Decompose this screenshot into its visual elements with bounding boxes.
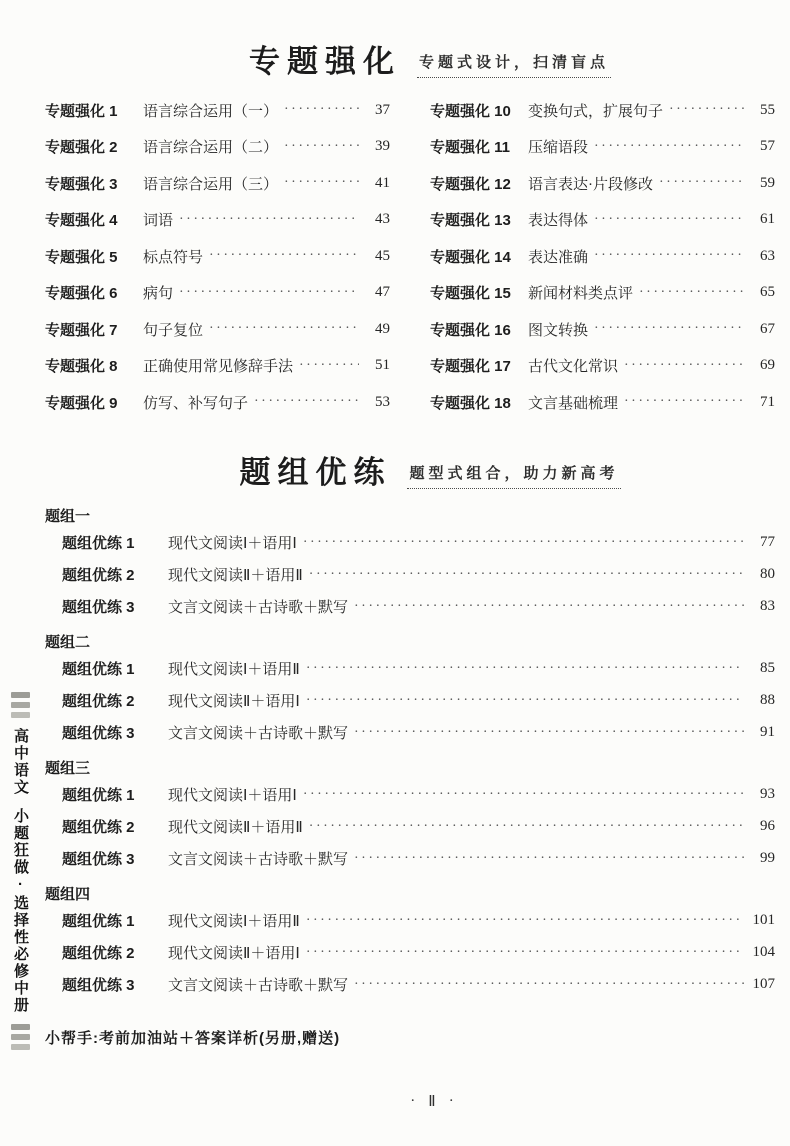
toc-label: 专题强化 14	[430, 246, 528, 267]
toc-label: 专题强化 3	[45, 173, 143, 194]
toc-title: 变换句式，扩展句子	[528, 100, 663, 121]
toc-row: 题组优练 3文言文阅读＋古诗歌＋默写91	[45, 717, 775, 749]
toc-row: 专题强化 9仿写、补写句子53	[45, 384, 390, 421]
dot-leader	[669, 102, 744, 118]
toc-title: 文言基础梳理	[528, 392, 618, 413]
toc-label: 专题强化 5	[45, 246, 143, 267]
toc-title: 表达准确	[528, 246, 588, 267]
section2-title: 题组优练	[239, 455, 391, 491]
toc-row: 题组优练 3文言文阅读＋古诗歌＋默写99	[45, 843, 775, 875]
toc-page: 49	[366, 321, 390, 338]
dot-leader	[594, 248, 744, 264]
dot-leader	[306, 913, 744, 929]
toc-row: 题组优练 2现代文阅读Ⅱ＋语用Ⅰ88	[45, 685, 775, 717]
toc-page: 45	[366, 248, 390, 265]
toc-row: 专题强化 18文言基础梳理71	[430, 384, 775, 421]
toc-page: 91	[751, 724, 775, 741]
section1-subtitle: 专题式设计，扫清盲点	[417, 51, 611, 78]
toc-page: 37	[366, 102, 390, 119]
toc-title: 正确使用常见修辞手法	[143, 355, 293, 376]
dot-leader	[659, 175, 744, 191]
toc-title: 文言文阅读＋古诗歌＋默写	[168, 974, 348, 995]
toc-label: 题组优练 3	[62, 848, 168, 869]
toc-title: 句子复位	[143, 319, 203, 340]
toc-page: 57	[751, 138, 775, 155]
toc-row: 专题强化 17古代文化常识69	[430, 348, 775, 385]
toc-title: 标点符号	[143, 246, 203, 267]
toc-label: 题组优练 1	[62, 910, 168, 931]
toc-title: 文言文阅读＋古诗歌＋默写	[168, 848, 348, 869]
toc-page: 41	[366, 175, 390, 192]
toc-row: 题组优练 1现代文阅读Ⅰ＋语用Ⅱ85	[45, 653, 775, 685]
dot-leader	[306, 693, 744, 709]
dot-leader	[354, 851, 744, 867]
book-toc-page: 高中语文小题狂做·选择性必修中册 专题强化 专题式设计，扫清盲点 专题强化 1语…	[0, 0, 790, 1146]
toc-title: 现代文阅读Ⅱ＋语用Ⅱ	[168, 564, 303, 585]
section1-left-column: 专题强化 1语言综合运用（一）37 专题强化 2语言综合运用（二）39 专题强化…	[45, 92, 390, 421]
spine-stripe	[11, 692, 30, 698]
toc-row: 专题强化 16图文转换67	[430, 311, 775, 348]
dot-leader	[306, 945, 744, 961]
section2-list: 题组一 题组优练 1现代文阅读Ⅰ＋语用Ⅰ77 题组优练 2现代文阅读Ⅱ＋语用Ⅱ8…	[45, 505, 775, 1001]
toc-title: 语言综合运用（二）	[143, 136, 278, 157]
toc-label: 专题强化 11	[430, 136, 528, 157]
dot-leader	[624, 394, 744, 410]
dot-leader	[209, 248, 359, 264]
footer-dot: ·	[449, 1093, 454, 1110]
toc-page: 67	[751, 321, 775, 338]
toc-row: 专题强化 6病句47	[45, 275, 390, 312]
toc-page: 47	[366, 284, 390, 301]
toc-page: 53	[366, 394, 390, 411]
spine-separator: ·	[12, 876, 29, 895]
toc-page: 88	[751, 692, 775, 709]
toc-page: 83	[751, 598, 775, 615]
toc-title: 压缩语段	[528, 136, 588, 157]
toc-label: 题组优练 1	[62, 532, 168, 553]
dot-leader	[309, 819, 744, 835]
toc-page: 59	[751, 175, 775, 192]
question-group: 题组三 题组优练 1现代文阅读Ⅰ＋语用Ⅰ93 题组优练 2现代文阅读Ⅱ＋语用Ⅱ9…	[45, 757, 775, 875]
toc-title: 文言文阅读＋古诗歌＋默写	[168, 722, 348, 743]
toc-title: 语言表达·片段修改	[528, 173, 653, 194]
page-footer: · Ⅱ ·	[67, 1092, 790, 1111]
toc-page: 63	[751, 248, 775, 265]
toc-row: 专题强化 11压缩语段57	[430, 129, 775, 166]
toc-content: 专题强化 专题式设计，扫清盲点 专题强化 1语言综合运用（一）37 专题强化 2…	[0, 0, 790, 1111]
toc-page: 43	[366, 211, 390, 228]
toc-title: 词语	[143, 209, 173, 230]
toc-title: 现代文阅读Ⅰ＋语用Ⅱ	[168, 910, 300, 931]
toc-row: 专题强化 7句子复位49	[45, 311, 390, 348]
toc-label: 题组优练 1	[62, 784, 168, 805]
group-name: 题组三	[45, 757, 775, 779]
toc-page: 80	[751, 566, 775, 583]
toc-title: 新闻材料类点评	[528, 282, 633, 303]
toc-label: 题组优练 2	[62, 942, 168, 963]
toc-row: 专题强化 3语言综合运用（三）41	[45, 165, 390, 202]
group-name: 题组二	[45, 631, 775, 653]
toc-page: 71	[751, 394, 775, 411]
toc-label: 专题强化 12	[430, 173, 528, 194]
dot-leader	[624, 358, 744, 374]
toc-label: 专题强化 9	[45, 392, 143, 413]
toc-row: 专题强化 14表达准确63	[430, 238, 775, 275]
toc-title: 现代文阅读Ⅱ＋语用Ⅰ	[168, 942, 300, 963]
toc-page: 61	[751, 211, 775, 228]
spine-volume: 选择性必修中册	[12, 895, 29, 1014]
toc-title: 古代文化常识	[528, 355, 618, 376]
toc-title: 现代文阅读Ⅰ＋语用Ⅱ	[168, 658, 300, 679]
toc-label: 题组优练 2	[62, 816, 168, 837]
toc-label: 题组优练 2	[62, 564, 168, 585]
dot-leader	[639, 285, 744, 301]
toc-row: 专题强化 8正确使用常见修辞手法51	[45, 348, 390, 385]
toc-row: 专题强化 5标点符号45	[45, 238, 390, 275]
toc-label: 专题强化 2	[45, 136, 143, 157]
dot-leader	[594, 321, 744, 337]
toc-row: 专题强化 12语言表达·片段修改59	[430, 165, 775, 202]
toc-label: 题组优练 3	[62, 722, 168, 743]
dot-leader	[299, 358, 359, 374]
toc-row: 题组优练 2现代文阅读Ⅱ＋语用Ⅰ104	[45, 937, 775, 969]
toc-label: 专题强化 4	[45, 209, 143, 230]
toc-row: 题组优练 2现代文阅读Ⅱ＋语用Ⅱ96	[45, 811, 775, 843]
dot-leader	[309, 567, 744, 583]
toc-title: 现代文阅读Ⅰ＋语用Ⅰ	[168, 784, 297, 805]
spine-stripe	[11, 712, 30, 718]
dot-leader	[179, 285, 359, 301]
spine-stripe	[11, 1044, 30, 1050]
toc-row: 题组优练 1现代文阅读Ⅰ＋语用Ⅱ101	[45, 905, 775, 937]
group-name: 题组四	[45, 883, 775, 905]
toc-page: 39	[366, 138, 390, 155]
spine-stripe	[11, 1034, 30, 1040]
toc-row: 题组优练 2现代文阅读Ⅱ＋语用Ⅱ80	[45, 559, 775, 591]
dot-leader	[354, 599, 744, 615]
dot-leader	[254, 394, 359, 410]
section1-right-column: 专题强化 10变换句式，扩展句子55 专题强化 11压缩语段57 专题强化 12…	[430, 92, 775, 421]
toc-row: 专题强化 4词语43	[45, 202, 390, 239]
footer-dot: ·	[410, 1093, 415, 1110]
toc-page: 93	[751, 786, 775, 803]
toc-title: 病句	[143, 282, 173, 303]
toc-label: 专题强化 8	[45, 355, 143, 376]
toc-label: 专题强化 7	[45, 319, 143, 340]
toc-page: 65	[751, 284, 775, 301]
question-group: 题组二 题组优练 1现代文阅读Ⅰ＋语用Ⅱ85 题组优练 2现代文阅读Ⅱ＋语用Ⅰ8…	[45, 631, 775, 749]
spine-text: 高中语文小题狂做·选择性必修中册	[6, 728, 34, 1014]
toc-title: 现代文阅读Ⅰ＋语用Ⅰ	[168, 532, 297, 553]
dot-leader	[179, 212, 359, 228]
toc-row: 专题强化 10变换句式，扩展句子55	[430, 92, 775, 129]
page-number: Ⅱ	[428, 1092, 435, 1111]
section1-header: 专题强化 专题式设计，扫清盲点	[65, 44, 790, 80]
toc-page: 51	[366, 357, 390, 374]
toc-row: 题组优练 1现代文阅读Ⅰ＋语用Ⅰ93	[45, 779, 775, 811]
toc-page: 101	[751, 912, 775, 929]
toc-page: 104	[751, 944, 775, 961]
spine-title: 小题狂做	[6, 808, 34, 876]
group-name: 题组一	[45, 505, 775, 527]
toc-page: 107	[751, 976, 775, 993]
spine-stripe	[11, 1024, 30, 1030]
toc-title: 现代文阅读Ⅱ＋语用Ⅰ	[168, 690, 300, 711]
section1-list: 专题强化 1语言综合运用（一）37 专题强化 2语言综合运用（二）39 专题强化…	[45, 92, 775, 421]
toc-page: 69	[751, 357, 775, 374]
toc-row: 专题强化 13表达得体61	[430, 202, 775, 239]
toc-page: 85	[751, 660, 775, 677]
dot-leader	[209, 321, 359, 337]
helper-note: 小帮手:考前加油站＋答案详析(另册,赠送)	[45, 1027, 775, 1048]
toc-title: 图文转换	[528, 319, 588, 340]
dot-leader	[303, 535, 744, 551]
dot-leader	[306, 661, 744, 677]
toc-page: 96	[751, 818, 775, 835]
toc-label: 题组优练 1	[62, 658, 168, 679]
toc-row: 专题强化 1语言综合运用（一）37	[45, 92, 390, 129]
toc-label: 专题强化 6	[45, 282, 143, 303]
toc-title: 语言综合运用（三）	[143, 173, 278, 194]
book-spine: 高中语文小题狂做·选择性必修中册	[6, 690, 34, 1052]
toc-row: 题组优练 3文言文阅读＋古诗歌＋默写107	[45, 969, 775, 1001]
dot-leader	[284, 139, 359, 155]
toc-label: 题组优练 3	[62, 596, 168, 617]
toc-label: 专题强化 16	[430, 319, 528, 340]
toc-title: 语言综合运用（一）	[143, 100, 278, 121]
dot-leader	[594, 139, 744, 155]
dot-leader	[303, 787, 744, 803]
toc-row: 专题强化 2语言综合运用（二）39	[45, 129, 390, 166]
question-group: 题组一 题组优练 1现代文阅读Ⅰ＋语用Ⅰ77 题组优练 2现代文阅读Ⅱ＋语用Ⅱ8…	[45, 505, 775, 623]
toc-row: 题组优练 3文言文阅读＋古诗歌＋默写83	[45, 591, 775, 623]
toc-row: 题组优练 1现代文阅读Ⅰ＋语用Ⅰ77	[45, 527, 775, 559]
toc-title: 文言文阅读＋古诗歌＋默写	[168, 596, 348, 617]
dot-leader	[354, 725, 744, 741]
dot-leader	[284, 175, 359, 191]
toc-title: 仿写、补写句子	[143, 392, 248, 413]
toc-label: 专题强化 18	[430, 392, 528, 413]
toc-row: 专题强化 15新闻材料类点评65	[430, 275, 775, 312]
toc-title: 表达得体	[528, 209, 588, 230]
section2-subtitle: 题型式组合，助力新高考	[407, 462, 620, 489]
toc-label: 专题强化 13	[430, 209, 528, 230]
toc-page: 77	[751, 534, 775, 551]
toc-label: 专题强化 1	[45, 100, 143, 121]
toc-label: 专题强化 17	[430, 355, 528, 376]
toc-label: 题组优练 2	[62, 690, 168, 711]
toc-page: 99	[751, 850, 775, 867]
section1-title: 专题强化	[249, 44, 401, 80]
dot-leader	[354, 977, 744, 993]
spine-series: 高中语文	[12, 728, 29, 796]
spine-stripe	[11, 702, 30, 708]
toc-title: 现代文阅读Ⅱ＋语用Ⅱ	[168, 816, 303, 837]
dot-leader	[284, 102, 359, 118]
section2-header: 题组优练 题型式组合，助力新高考	[65, 455, 790, 491]
question-group: 题组四 题组优练 1现代文阅读Ⅰ＋语用Ⅱ101 题组优练 2现代文阅读Ⅱ＋语用Ⅰ…	[45, 883, 775, 1001]
toc-label: 专题强化 10	[430, 100, 528, 121]
toc-label: 专题强化 15	[430, 282, 528, 303]
toc-label: 题组优练 3	[62, 974, 168, 995]
dot-leader	[594, 212, 744, 228]
toc-page: 55	[751, 102, 775, 119]
